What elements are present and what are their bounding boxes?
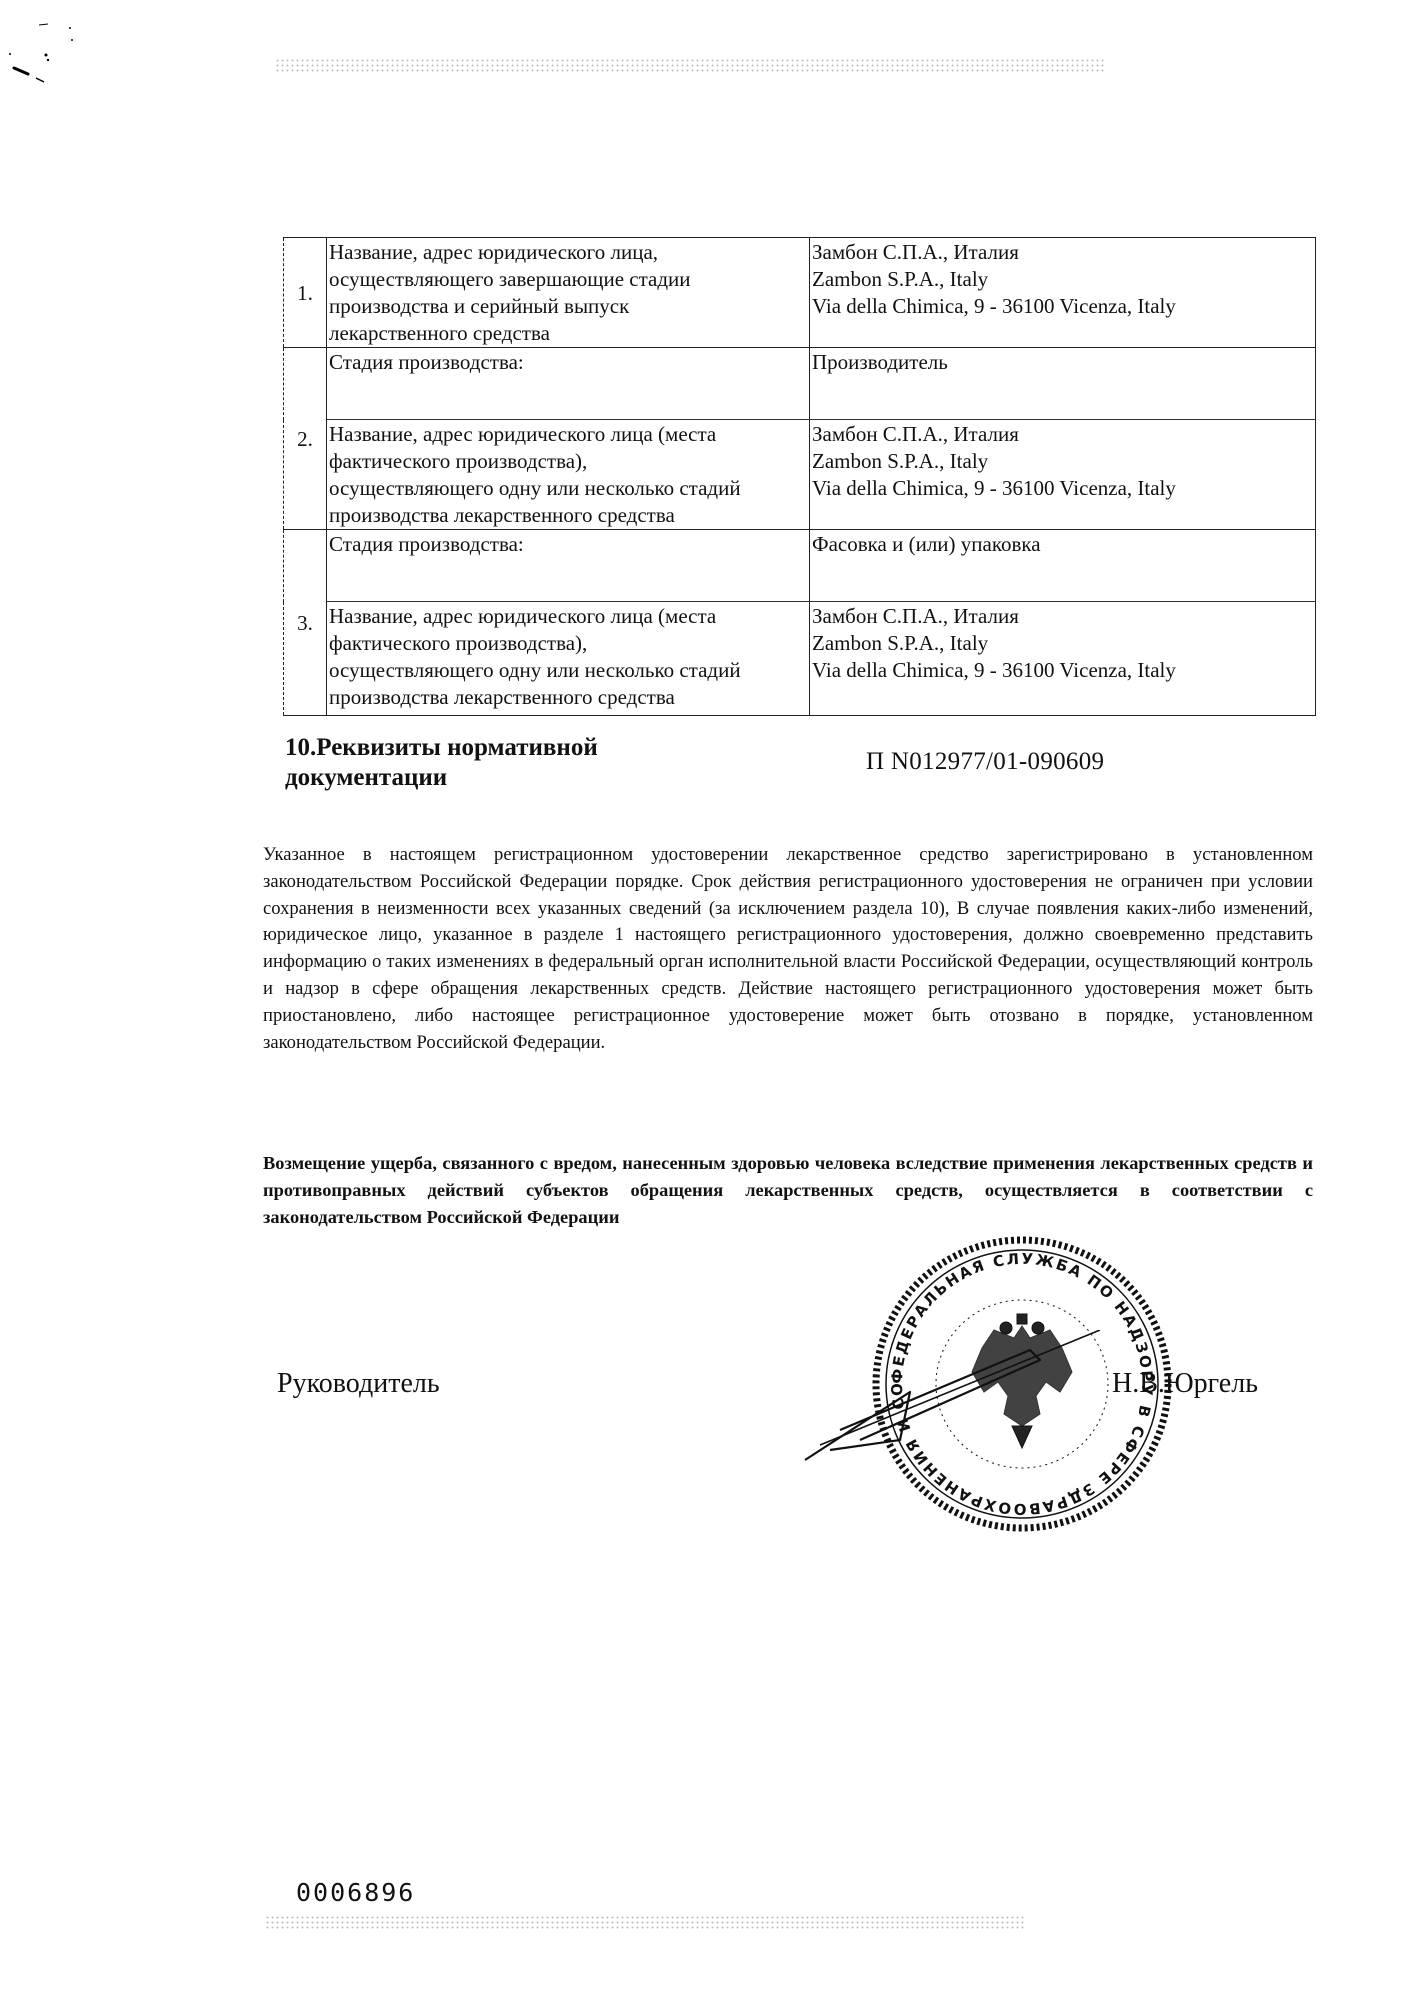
- label-line: Стадия производства:: [329, 349, 807, 376]
- value-line: Via della Chimica, 9 - 36100 Vicenza, It…: [812, 657, 1313, 684]
- row-value: Замбон С.П.А., Италия Zambon S.P.A., Ita…: [810, 420, 1316, 530]
- label-line: осуществляющего одну или несколько стади…: [329, 657, 807, 684]
- label-line: Стадия производства:: [329, 531, 807, 558]
- value-line: Via della Chimica, 9 - 36100 Vicenza, It…: [812, 475, 1313, 502]
- label-line: производства и серийный выпуск: [329, 293, 807, 320]
- section-10-title: 10.Реквизиты нормативной документации: [285, 733, 598, 793]
- value-line: Zambon S.P.A., Italy: [812, 630, 1313, 657]
- value-line: Производитель: [812, 349, 1313, 376]
- label-line: лекарственного средства: [329, 320, 807, 347]
- section-title-line: 10.Реквизиты нормативной: [285, 733, 598, 763]
- row-label: Название, адрес юридического лица, осуще…: [327, 238, 810, 348]
- label-line: производства лекарственного средства: [329, 502, 807, 529]
- table-row: Название, адрес юридического лица (места…: [284, 602, 1316, 716]
- table-row: 1. Название, адрес юридического лица, ос…: [284, 238, 1316, 348]
- row-value: Замбон С.П.А., Италия Zambon S.P.A., Ita…: [810, 238, 1316, 348]
- scan-artifact-mark: [6, 10, 76, 90]
- signer-name: Н.В.Юргель: [1112, 1368, 1258, 1400]
- row-label: Название, адрес юридического лица (места…: [327, 420, 810, 530]
- value-line: Фасовка и (или) упаковка: [812, 531, 1313, 558]
- liability-paragraph: Возмещение ущерба, связанного с вредом, …: [263, 1150, 1313, 1230]
- value-line: Zambon S.P.A., Italy: [812, 266, 1313, 293]
- value-line: Via della Chimica, 9 - 36100 Vicenza, It…: [812, 293, 1313, 320]
- signer-role: Руководитель: [277, 1368, 440, 1400]
- row-number: 3.: [284, 530, 327, 716]
- label-line: фактического производства),: [329, 630, 807, 657]
- value-line: Замбон С.П.А., Италия: [812, 421, 1313, 448]
- label-line: Название, адрес юридического лица (места: [329, 421, 807, 448]
- label-line: Название, адрес юридического лица (места: [329, 603, 807, 630]
- label-line: Название, адрес юридического лица,: [329, 239, 807, 266]
- stage-label: Стадия производства:: [327, 348, 810, 420]
- label-line: осуществляющего завершающие стадии: [329, 266, 807, 293]
- label-line: фактического производства),: [329, 448, 807, 475]
- table-row: 3. Стадия производства: Фасовка и (или) …: [284, 530, 1316, 602]
- label-line: осуществляющего одну или несколько стади…: [329, 475, 807, 502]
- stage-value: Производитель: [810, 348, 1316, 420]
- manufacturer-table: 1. Название, адрес юридического лица, ос…: [283, 237, 1316, 716]
- value-line: Замбон С.П.А., Италия: [812, 603, 1313, 630]
- stage-value: Фасовка и (или) упаковка: [810, 530, 1316, 602]
- validity-paragraph: Указанное в настоящем регистрационном уд…: [263, 842, 1313, 1056]
- form-serial-number: 0006896: [296, 1878, 415, 1907]
- row-label: Название, адрес юридического лица (места…: [327, 602, 810, 716]
- value-line: Zambon S.P.A., Italy: [812, 448, 1313, 475]
- normative-document-number: П N012977/01-090609: [866, 748, 1104, 776]
- row-value: Замбон С.П.А., Италия Zambon S.P.A., Ita…: [810, 602, 1316, 716]
- row-number: 1.: [284, 238, 327, 348]
- stage-label: Стадия производства:: [327, 530, 810, 602]
- footer-scan-noise: [265, 1915, 1025, 1929]
- table-row: Название, адрес юридического лица (места…: [284, 420, 1316, 530]
- signature-icon: [800, 1330, 1120, 1470]
- value-line: Замбон С.П.А., Италия: [812, 239, 1313, 266]
- row-number: 2.: [284, 348, 327, 530]
- label-line: производства лекарственного средства: [329, 684, 807, 711]
- section-title-line: документации: [285, 763, 598, 793]
- table-row: 2. Стадия производства: Производитель: [284, 348, 1316, 420]
- header-scan-noise: [275, 58, 1105, 72]
